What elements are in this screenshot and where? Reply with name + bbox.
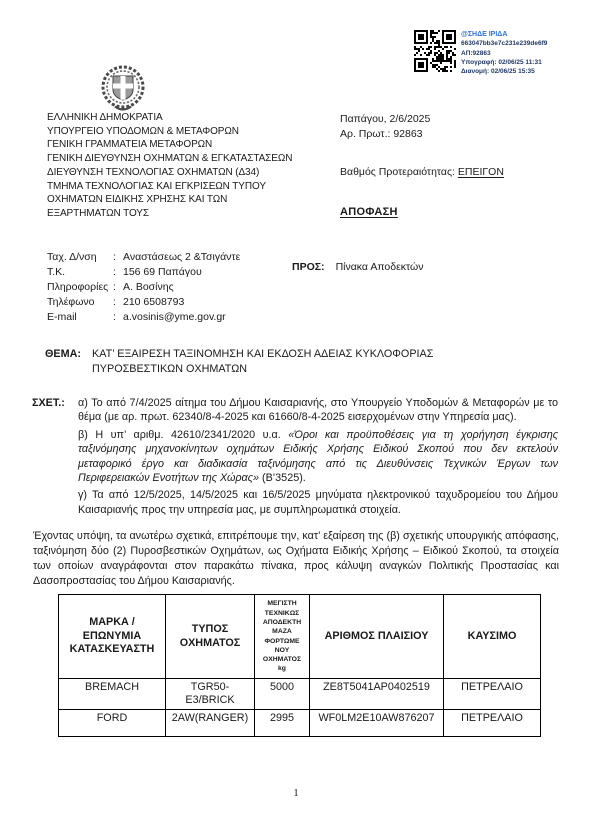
cell-make: BREMACH (59, 679, 166, 710)
cell-fuel: ΠΕΤΡΕΛΑΙΟ (444, 710, 541, 737)
contact-separator: : (113, 280, 123, 295)
contact-label: E-mail (47, 310, 113, 325)
protocol-number: Αρ. Πρωτ.: 92863 (340, 127, 504, 142)
contact-value: Α. Βοσίνης (123, 280, 174, 295)
table-row: FORD 2AW(RANGER) 2995 WF0LM2E10AW876207 … (59, 710, 541, 737)
agency-line: ΓΕΝΙΚΗ ΓΡΑΜΜΑΤΕΙΑ ΜΕΤΑΦΟΡΩΝ (47, 138, 292, 152)
agency-line: ΥΠΟΥΡΓΕΙΟ ΥΠΟΔΟΜΩΝ & ΜΕΤΑΦΟΡΩΝ (47, 125, 292, 139)
table-row: BREMACH TGR50- E3/BRICK 5000 ZE8T5041AP0… (59, 679, 541, 710)
stamp-hash: 663047bb3e7c231e239de6f9 (461, 39, 547, 48)
col-header-make: ΜΑΡΚΑ / ΕΠΩΝΥΜΙΑ ΚΑΤΑΣΚΕΥΑΣΤΗ (59, 595, 166, 679)
reference-item: α) Το από 7/4/2025 αίτημα του Δήμου Καισ… (78, 396, 558, 425)
cell-fuel: ΠΕΤΡΕΛΑΙΟ (444, 679, 541, 710)
reference-item: β) Η υπ’ αριθμ. 42610/2341/2020 υ.α. «Όρ… (78, 428, 558, 486)
cell-max-mass: 5000 (255, 679, 310, 710)
contact-email: a.vosinis@yme.gov.gr (123, 310, 226, 325)
agency-line: ΓΕΝΙΚΗ ΔΙΕΥΘΥΝΣΗ ΟΧΗΜΑΤΩΝ & ΕΓΚΑΤΑΣΤΑΣΕΩ… (47, 152, 292, 166)
contact-separator: : (113, 250, 123, 265)
contact-label: Ταχ. Δ/νση (47, 250, 113, 265)
stamp-text: @ΣΗΔΕ ΙΡΙΔΑ 663047bb3e7c231e239de6f9 ΑΠ:… (461, 27, 547, 76)
agency-line: ΕΛΛΗΝΙΚΗ ΔΗΜΟΚΡΑΤΙΑ (47, 111, 292, 125)
subject-line: ΚΑΤ’ ΕΞΑΙΡΕΣΗ ΤΑΞΙΝΟΜΗΣΗ ΚΑΙ ΕΚΔΟΣΗ ΑΔΕΙ… (92, 347, 562, 362)
priority-line: Βαθμός Προτεραιότητας: ΕΠΕΙΓΟΝ (340, 165, 504, 180)
agency-line: ΕΞΑΡΤΗΜΑΤΩΝ ΤΟΥΣ (47, 207, 292, 221)
subject-line: ΠΥΡΟΣΒΕΣΤΙΚΩΝ ΟΧΗΜΑΤΩΝ (92, 362, 562, 377)
priority-label: Βαθμός Προτεραιότητας: (340, 166, 458, 178)
agency-line: ΔΙΕΥΘΥΝΣΗ ΤΕΧΝΟΛΟΓΙΑΣ ΟΧΗΜΑΤΩΝ (Δ34) (47, 166, 292, 180)
agency-header: ΕΛΛΗΝΙΚΗ ΔΗΜΟΚΡΑΤΙΑ ΥΠΟΥΡΓΕΙΟ ΥΠΟΔΟΜΩΝ &… (47, 111, 292, 221)
contact-label: Πληροφορίες (47, 280, 113, 295)
contact-row: E-mail : a.vosinis@yme.gov.gr (47, 310, 240, 325)
references-section: ΣΧΕΤ.: α) Το από 7/4/2025 αίτημα του Δήμ… (32, 396, 558, 520)
page-number: 1 (0, 787, 592, 799)
stamp-signed: Υπογραφή: 02/06/25 11:31 (461, 58, 547, 67)
contact-row: Τ.Κ. : 156 69 Παπάγου (47, 265, 240, 280)
contact-row: Τηλέφωνο : 210 6508793 (47, 295, 240, 310)
vehicles-table: ΜΑΡΚΑ / ΕΠΩΝΥΜΙΑ ΚΑΤΑΣΚΕΥΑΣΤΗ ΤΥΠΟΣ ΟΧΗΜ… (58, 594, 541, 737)
cell-chassis: WF0LM2E10AW876207 (310, 710, 444, 737)
stamp-system-link[interactable]: @ΣΗΔΕ ΙΡΙΔΑ (461, 30, 547, 39)
recipient-value: Πίνακα Αποδεκτών (336, 261, 424, 273)
contact-label: Τ.Κ. (47, 265, 113, 280)
cell-max-mass: 2995 (255, 710, 310, 737)
col-header-type: ΤΥΠΟΣ ΟΧΗΜΑΤΟΣ (166, 595, 255, 679)
cell-type: 2AW(RANGER) (166, 710, 255, 737)
contact-value: 210 6508793 (123, 295, 184, 310)
cell-make: FORD (59, 710, 166, 737)
agency-line: ΤΜΗΜΑ ΤΕΧΝΟΛΟΓΙΑΣ ΚΑΙ ΕΓΚΡΙΣΕΩΝ ΤΥΠΟΥ (47, 180, 292, 194)
subject-label: ΘΕΜΑ: (45, 347, 92, 376)
references-list: α) Το από 7/4/2025 αίτημα του Δήμου Καισ… (78, 396, 558, 520)
irida-signature-stamp: @ΣΗΔΕ ΙΡΙΔΑ 663047bb3e7c231e239de6f9 ΑΠ:… (414, 27, 547, 76)
references-label: ΣΧΕΤ.: (32, 396, 78, 520)
subject-text: ΚΑΤ’ ΕΞΑΙΡΕΣΗ ΤΑΞΙΝΟΜΗΣΗ ΚΑΙ ΕΚΔΟΣΗ ΑΔΕΙ… (92, 347, 562, 376)
contact-row: Ταχ. Δ/νση : Αναστάσεως 2 &Τσιγάντε (47, 250, 240, 265)
cell-chassis: ZE8T5041AP0402519 (310, 679, 444, 710)
recipient-label: ΠΡΟΣ: (292, 261, 325, 273)
contact-separator: : (113, 265, 123, 280)
col-header-max-mass: ΜΕΓΙΣΤΗ ΤΕΧΝΙΚΩΣ ΑΠΟΔΕΚΤΗ ΜΑΖΑ ΦΟΡΤΩΜΕ Ν… (255, 595, 310, 679)
stamp-protocol: ΑΠ:92863 (461, 49, 547, 58)
place-date: Παπάγου, 2/6/2025 (340, 112, 504, 127)
qr-code-icon (414, 30, 456, 72)
subject-section: ΘΕΜΑ: ΚΑΤ’ ΕΞΑΙΡΕΣΗ ΤΑΞΙΝΟΜΗΣΗ ΚΑΙ ΕΚΔΟΣ… (45, 347, 562, 376)
contact-label: Τηλέφωνο (47, 295, 113, 310)
cell-type: TGR50- E3/BRICK (166, 679, 255, 710)
contact-separator: : (113, 310, 123, 325)
reference-prefix: β) Η υπ’ αριθμ. 42610/2341/2020 υ.α. (78, 429, 288, 441)
table-header-row: ΜΑΡΚΑ / ΕΠΩΝΥΜΙΑ ΚΑΤΑΣΚΕΥΑΣΤΗ ΤΥΠΟΣ ΟΧΗΜ… (59, 595, 541, 679)
document-meta: Παπάγου, 2/6/2025 Αρ. Πρωτ.: 92863 Βαθμό… (340, 112, 504, 219)
contact-value: Αναστάσεως 2 &Τσιγάντε (123, 250, 240, 265)
stamp-distributed: Διανομή: 02/06/25 15:35 (461, 67, 547, 76)
col-header-chassis: ΑΡΙΘΜΟΣ ΠΛΑΙΣΙΟΥ (310, 595, 444, 679)
priority-value: ΕΠΕΙΓΟΝ (458, 166, 504, 178)
reference-item: γ) Τα από 12/5/2025, 14/5/2025 και 16/5/… (78, 488, 558, 517)
contact-separator: : (113, 295, 123, 310)
document-page: @ΣΗΔΕ ΙΡΙΔΑ 663047bb3e7c231e239de6f9 ΑΠ:… (0, 0, 592, 838)
reference-suffix: (Β’3525). (259, 472, 306, 484)
col-header-fuel: ΚΑΥΣΙΜΟ (444, 595, 541, 679)
agency-line: ΟΧΗΜΑΤΩΝ ΕΙΔΙΚΗΣ ΧΡΗΣΗΣ ΚΑΙ ΤΩΝ (47, 193, 292, 207)
document-type-title: ΑΠΟΦΑΣΗ (340, 205, 504, 220)
recipient-line: ΠΡΟΣ:Πίνακα Αποδεκτών (292, 261, 424, 273)
contact-value: 156 69 Παπάγου (123, 265, 202, 280)
decision-paragraph: Έχοντας υπόψη, τα ανωτέρω σχετικά, επιτρ… (33, 529, 559, 589)
contact-info: Ταχ. Δ/νση : Αναστάσεως 2 &Τσιγάντε Τ.Κ.… (47, 250, 240, 325)
contact-row: Πληροφορίες : Α. Βοσίνης (47, 280, 240, 295)
